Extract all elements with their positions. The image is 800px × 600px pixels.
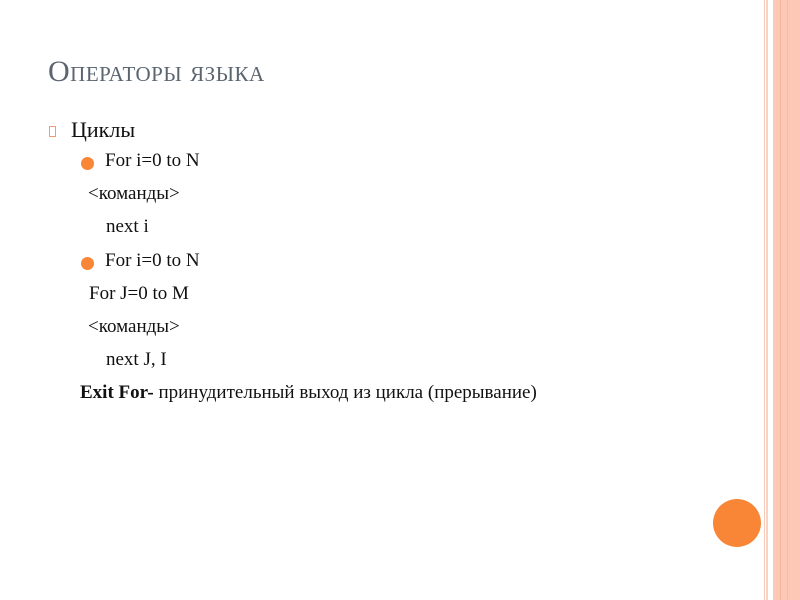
slide-title: Операторы языка: [48, 55, 265, 89]
decorative-stripe: [780, 0, 781, 600]
code-line-next-nested: next J, I: [106, 349, 167, 371]
dot-bullet-icon: [81, 157, 94, 170]
exit-for-keyword: Exit For-: [80, 382, 154, 403]
decorative-stripe: [787, 0, 788, 600]
code-line-inner-for: For J=0 to M: [89, 283, 189, 305]
code-line-next: next i: [106, 216, 149, 238]
list-item-nested-for-loop: For i=0 to N: [105, 250, 200, 272]
code-line-commands: <команды>: [88, 316, 180, 338]
decorative-orange-circle: [713, 499, 761, 547]
decorative-stripe: [766, 0, 768, 600]
list-item-cycles: Циклы: [71, 117, 135, 143]
exit-for-note: Exit For- принудительный выход из цикла …: [80, 382, 537, 404]
decorative-stripe: [764, 0, 765, 600]
square-bullet-icon: [49, 126, 56, 137]
dot-bullet-icon: [81, 257, 94, 270]
slide: Операторы языка Циклы For i=0 to N <кома…: [0, 0, 800, 600]
exit-for-description: принудительный выход из цикла (прерывани…: [154, 382, 537, 403]
code-line-commands: <команды>: [88, 183, 180, 205]
list-item-for-loop: For i=0 to N: [105, 150, 200, 172]
